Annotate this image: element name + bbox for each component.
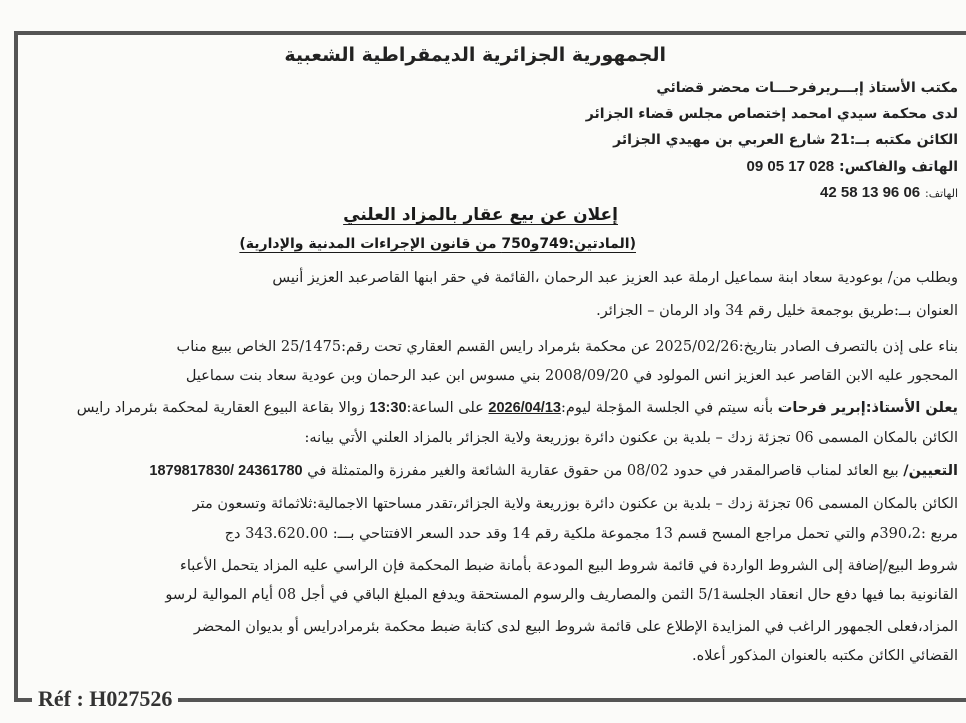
frame-border-top <box>14 31 966 35</box>
body-line-requester: وبطلب من/ بوعودية سعاد ابنة سماعيل ارملة… <box>272 268 958 288</box>
announcement-text-b: على الساعة: <box>407 400 489 416</box>
announcement-text-c: زوالا بقاعة البيوع العقارية لمحكمة بئرمر… <box>77 400 370 416</box>
announcer-label: يعلن الأستاذ: <box>866 400 958 416</box>
phone-fax-row: الهاتف والفاكس: 028 17 05 09 <box>747 157 958 177</box>
auction-date: 2026/04/13 <box>488 400 561 416</box>
office-name: مكتب الأستاذ إبـــريرفرحـــات محضر قضائي <box>656 78 958 98</box>
frame-border-left <box>14 31 18 701</box>
body-line-announcement: يعلن الأستاذ:إبرير فرحات بأنه سيتم في ال… <box>77 398 958 418</box>
body-line-area: الكائن بالمكان المسمى 06 تجزئة زدك – بلد… <box>193 494 958 514</box>
phone-fax-number: 028 17 05 09 <box>747 158 835 175</box>
body-line-price: مربع :390،2م والتي تحمل مراجع المسح قسم … <box>225 524 958 544</box>
notice-subtitle: (المادتين:749و750 من قانون الإجراءات الم… <box>239 234 636 254</box>
notice-title: إعلان عن بيع عقار بالمزاد العلني <box>343 205 618 225</box>
mobile-label: الهاتف: <box>925 187 958 200</box>
court-name: لدى محكمة سيدي امحمد إختصاص مجلس قضاء ال… <box>586 104 958 124</box>
mobile-row: الهاتف: 06 96 13 58 42 <box>820 183 958 204</box>
body-line-authorization: بناء على إذن بالتصرف الصادر بتاريخ:2025/… <box>177 337 958 357</box>
body-line-address: العنوان بــ:طريق بوجمعة خليل رقم 34 واد … <box>596 301 958 321</box>
body-line-public: المزاد،فعلى الجمهور الراغب في المزايدة ا… <box>194 617 958 637</box>
reference-code: Réf : H027526 <box>32 687 178 711</box>
phone-fax-label: الهاتف والفاكس: <box>839 159 958 175</box>
announcer-name: إبرير فرحات <box>778 400 866 416</box>
legal-notice-page: الجمهورية الجزائرية الديمقراطية الشعبية … <box>0 0 966 723</box>
body-line-closing: القضائي الكائن مكتبه بالعنوان المذكور أع… <box>692 646 958 666</box>
body-line-location: الكائن بالمكان المسمى 06 تجزئة زدك – بلد… <box>305 428 959 448</box>
designation-label: التعيين/ <box>903 463 958 479</box>
announcement-text-a: بأنه سيتم في الجلسة المؤجلة ليوم: <box>561 400 778 416</box>
body-line-designation: التعيين/ بيع العائد لمناب قاصرالمقدر في … <box>149 461 958 481</box>
auction-time: 13:30 <box>369 400 406 416</box>
republic-heading: الجمهورية الجزائرية الديمقراطية الشعبية <box>284 45 666 65</box>
designation-text: بيع العائد لمناب قاصرالمقدر في حدود 08/0… <box>303 463 904 479</box>
body-line-conditions: شروط البيع/إضافة إلى الشروط الواردة في ق… <box>180 556 958 576</box>
body-line-ward: المحجور عليه الابن القاصر عبد العزيز انس… <box>186 366 958 386</box>
mobile-number: 06 96 13 58 42 <box>820 184 920 201</box>
body-line-payment: القانونية بما فيها دفع حال انعقاد الجلسة… <box>165 585 958 605</box>
property-numbers: 24361780 /1879817830 <box>149 463 302 479</box>
office-address: الكائن مكتبه بــ:21 شارع العربي بن مهيدي… <box>613 130 958 150</box>
